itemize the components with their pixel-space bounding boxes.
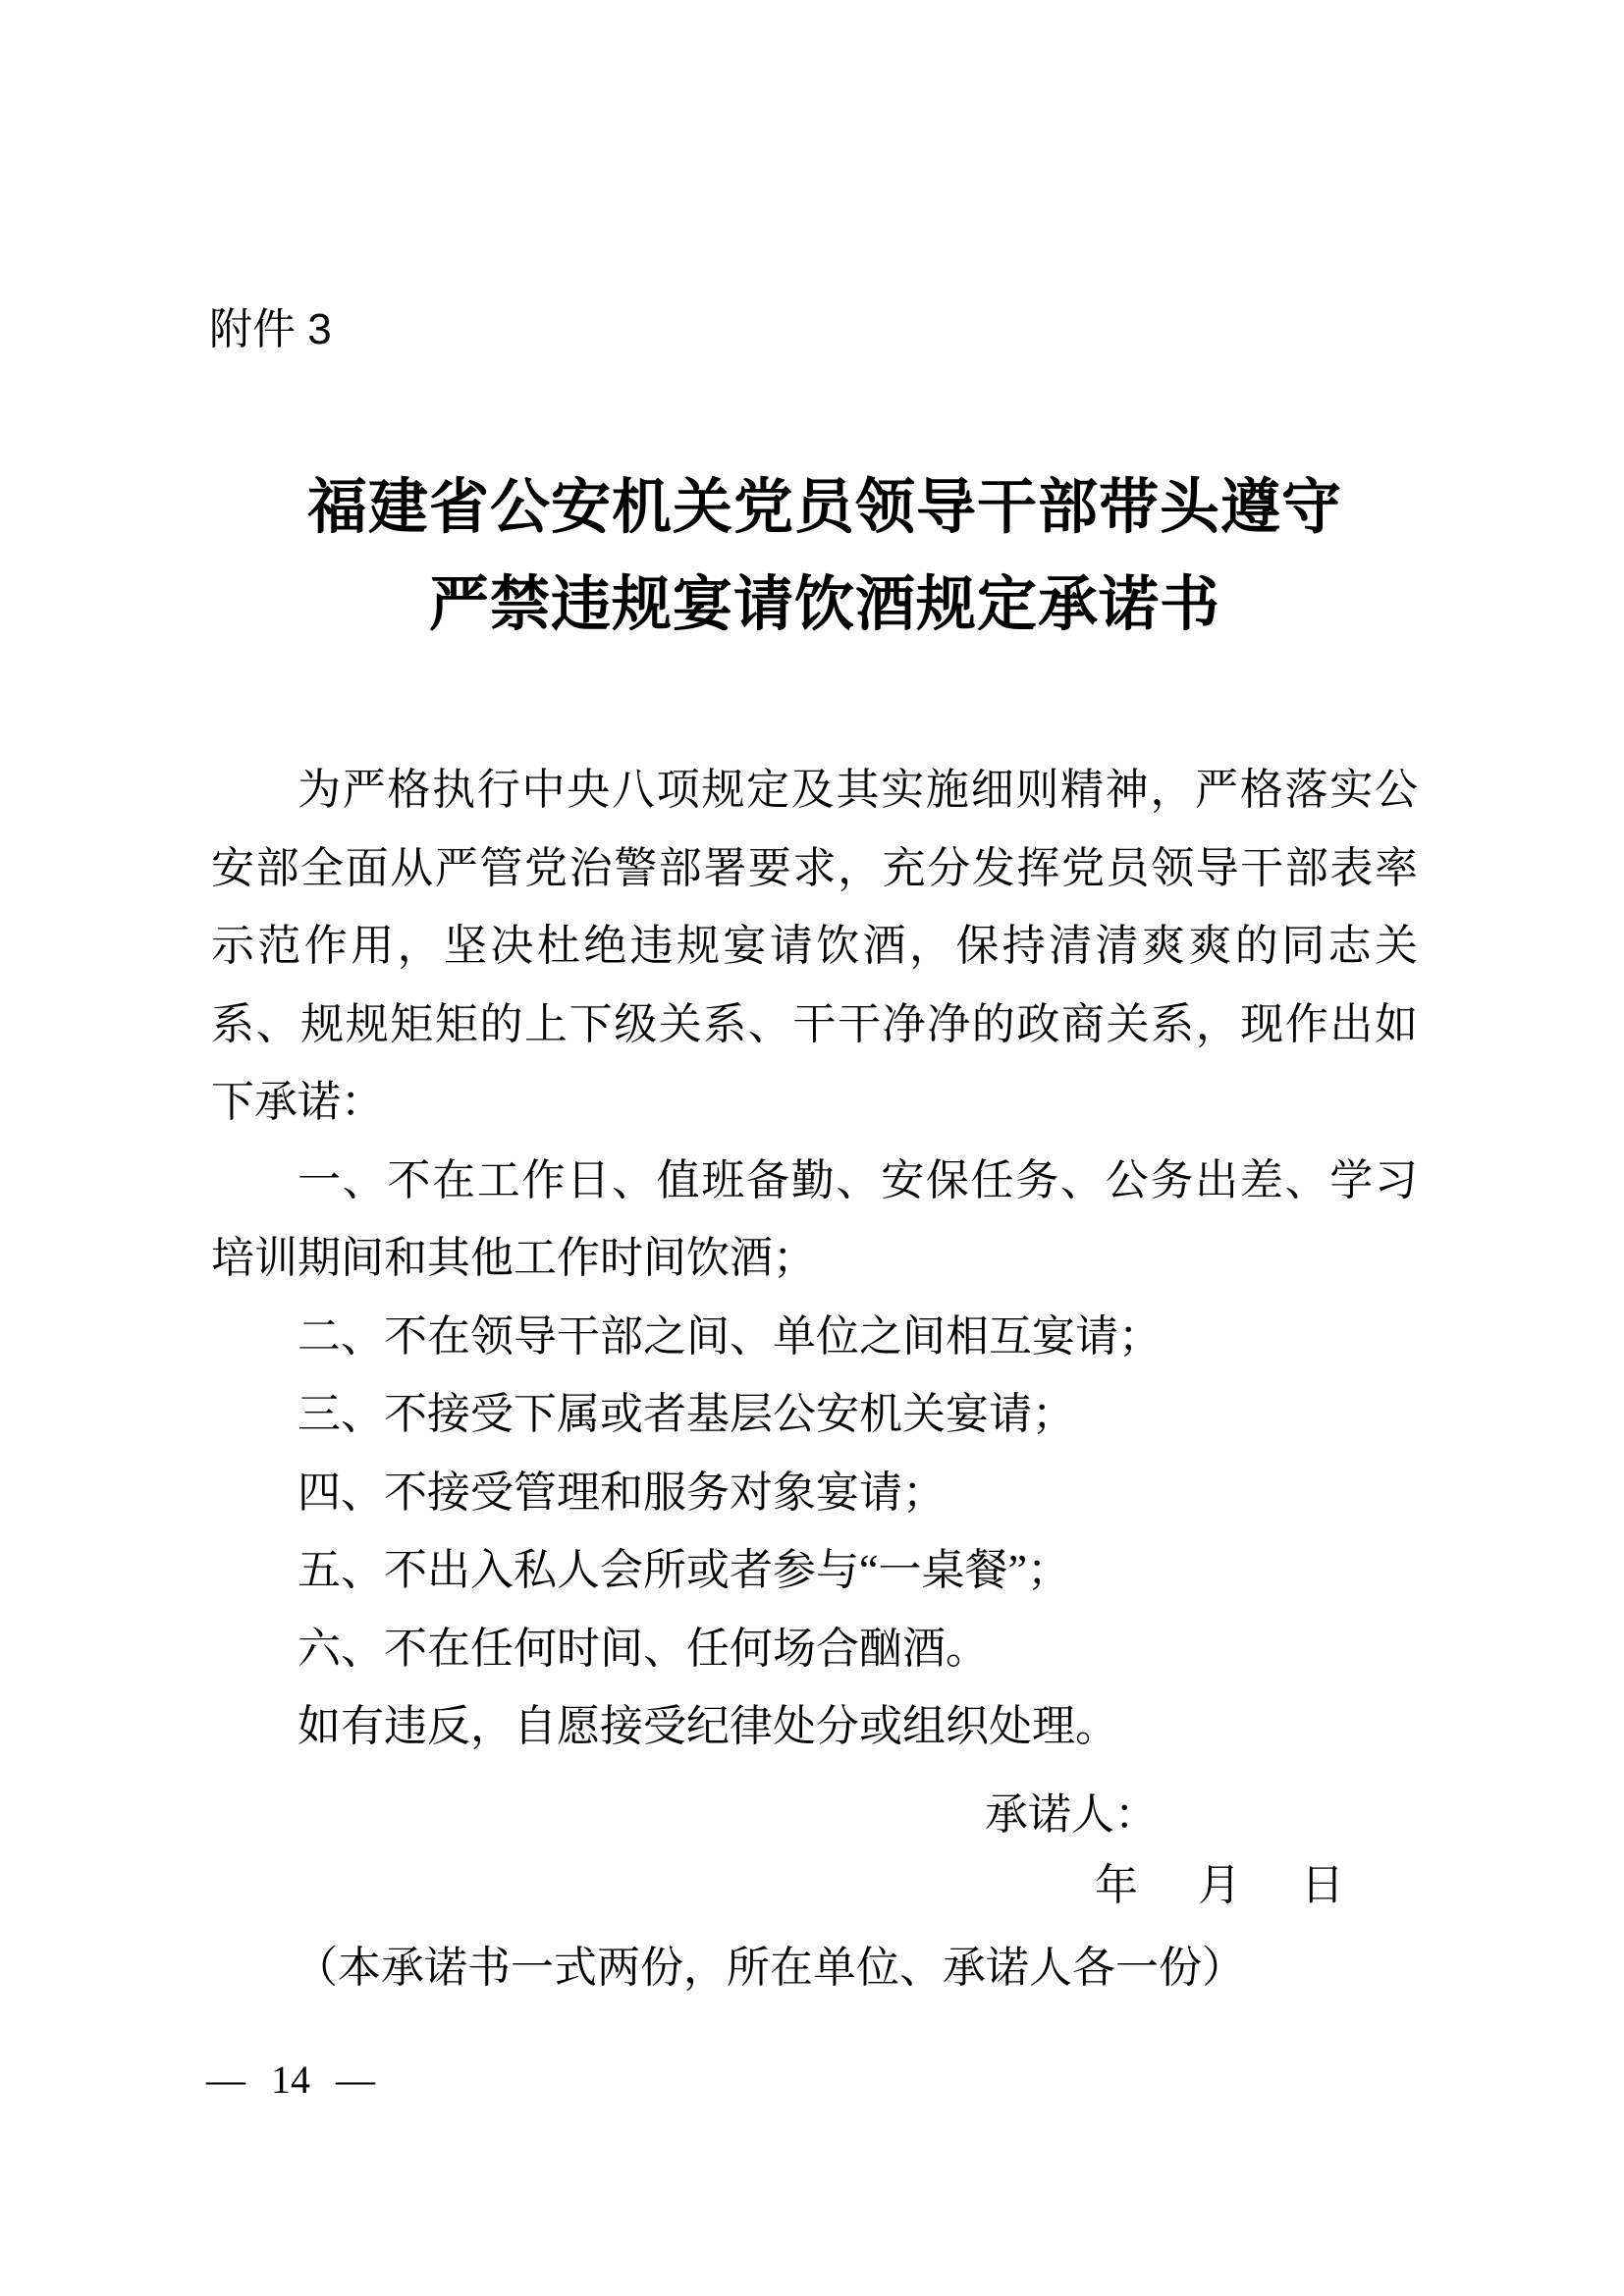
date-line: 年 月 日 [1095,1863,1344,1908]
distribution-note: （本承诺书一式两份，所在单位、承诺人各一份） [295,1944,1245,1993]
year-label: 年 [1095,1861,1138,1909]
attachment-label: 附件 3 [209,306,332,353]
document-title: 福建省公安机关党员领导干部带头遵守 严禁违规宴请饮酒规定承诺书 [13,459,1624,654]
paragraph-item-1: 一、不在工作日、值班备勤、安保任务、公务出差、学习培训期间和其他工作时间饮酒； [211,1142,1418,1298]
document-page: 附件 3 福建省公安机关党员领导干部带头遵守 严禁违规宴请饮酒规定承诺书 为严格… [0,0,1624,2296]
day-label: 日 [1301,1861,1344,1909]
document-title-line-1: 福建省公安机关党员领导干部带头遵守 [13,459,1624,557]
paragraph-item-3: 三、不接受下属或者基层公安机关宴请； [211,1375,1418,1454]
page-number: — 14 — [206,2059,375,2101]
page-number-dash-right: — [336,2057,375,2102]
page-number-dash-left: — [206,2057,245,2102]
paragraph-item-5: 五、不出入私人会所或者参与“一桌餐”； [211,1531,1418,1610]
page-number-value: 14 [271,2057,310,2102]
document-title-line-2: 严禁违规宴请饮酒规定承诺书 [13,557,1624,654]
month-label: 月 [1198,1861,1241,1909]
paragraph-item-6: 六、不在任何时间、任何场合酗酒。 [211,1610,1418,1688]
paragraph-intro: 为严格执行中央八项规定及其实施细则精神，严格落实公安部全面从严管党治警部署要求，… [211,751,1418,1142]
paragraph-closing: 如有违反，自愿接受纪律处分或组织处理。 [211,1687,1418,1766]
document-body: 为严格执行中央八项规定及其实施细则精神，严格落实公安部全面从严管党治警部署要求，… [211,751,1418,1766]
paragraph-item-4: 四、不接受管理和服务对象宴请； [211,1454,1418,1532]
paragraph-item-2: 二、不在领导干部之间、单位之间相互宴请； [211,1298,1418,1376]
promiser-label: 承诺人： [985,1792,1158,1838]
